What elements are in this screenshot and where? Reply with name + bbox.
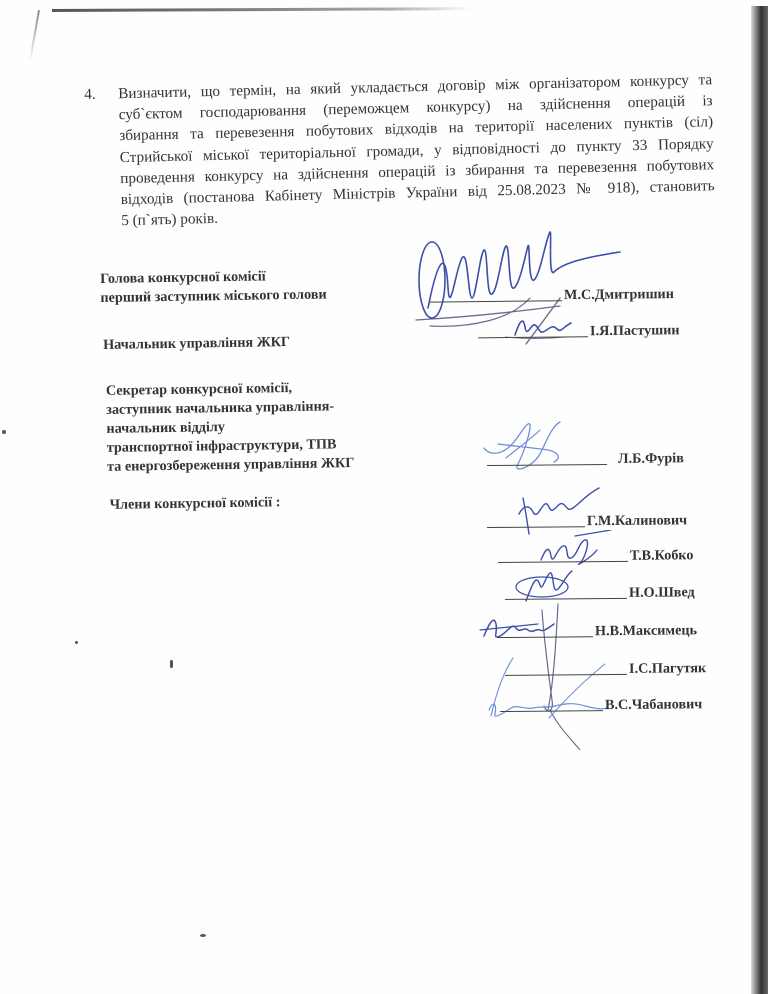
scan-speck xyxy=(170,660,173,668)
signatory-row: Н.В.Максимець xyxy=(497,619,737,641)
signatory-name: Л.Б.Фурів xyxy=(618,450,684,468)
signatory-row: І.С.Пагутяк xyxy=(505,657,725,679)
signatory-name: М.С.Дмитришин xyxy=(564,286,674,304)
signature-line xyxy=(500,710,603,712)
scanned-document-page: 4. Визначити, що термін, на який укладає… xyxy=(0,0,768,994)
signatory-name: Н.О.Швед xyxy=(629,584,695,602)
signatory-name: І.Я.Пастушин xyxy=(590,322,680,340)
signatory-row: Н.О.Швед xyxy=(505,581,725,603)
role-chair: Голова конкурсної комісії перший заступн… xyxy=(100,266,327,308)
scan-speck xyxy=(75,641,78,644)
signature-line xyxy=(498,561,628,563)
role-line: Начальник управління ЖКГ xyxy=(103,333,290,355)
scan-top-edge xyxy=(52,7,472,12)
signatory-name: І.С.Пагутяк xyxy=(629,660,706,678)
signatory-row: Т.В.Кобко xyxy=(498,544,718,566)
role-line: Члени конкурсної комісії : xyxy=(110,493,281,515)
role-head-zhkg: Начальник управління ЖКГ xyxy=(103,333,290,355)
item-number: 4. xyxy=(84,84,96,105)
signature-line xyxy=(505,674,627,676)
signatory-name: Г.М.Калинович xyxy=(587,512,687,530)
role-labels: Голова конкурсної комісії перший заступн… xyxy=(100,265,430,270)
role-secretary: Секретар конкурсної комісії, заступник н… xyxy=(106,378,355,477)
signature-line xyxy=(478,336,588,338)
role-line: та енергозбереження управління ЖКГ xyxy=(107,454,355,477)
signature-line xyxy=(430,300,562,302)
signature-line xyxy=(505,598,627,600)
signatory-name: Н.В.Максимець xyxy=(595,622,697,640)
signatory-row: В.С.Чабанович xyxy=(500,693,740,715)
signatory-name: В.С.Чабанович xyxy=(605,696,702,714)
signatory-row: М.С.Дмитришин xyxy=(430,282,730,305)
paragraph-text: Визначити, що термін, на який укладаєтьс… xyxy=(118,69,715,231)
signature-line xyxy=(487,526,585,528)
scan-speck xyxy=(2,430,6,434)
scan-left-edge xyxy=(29,10,40,62)
scan-right-edge xyxy=(751,6,768,994)
signature-line xyxy=(487,464,607,466)
item-4-paragraph: 4. Визначити, що термін, на який укладає… xyxy=(84,69,715,232)
scan-speck xyxy=(200,934,206,937)
signatory-row: І.Я.Пастушин xyxy=(478,319,738,342)
signatory-row: Л.Б.Фурів xyxy=(487,447,727,469)
role-members: Члени конкурсної комісії : xyxy=(110,493,281,515)
signature-line xyxy=(497,636,593,638)
role-line: заступник начальника управління- xyxy=(106,397,354,420)
signatory-row: Г.М.Калинович xyxy=(487,509,727,531)
signatory-name: Т.В.Кобко xyxy=(630,547,694,565)
role-line: перший заступник міського голови xyxy=(100,285,326,308)
